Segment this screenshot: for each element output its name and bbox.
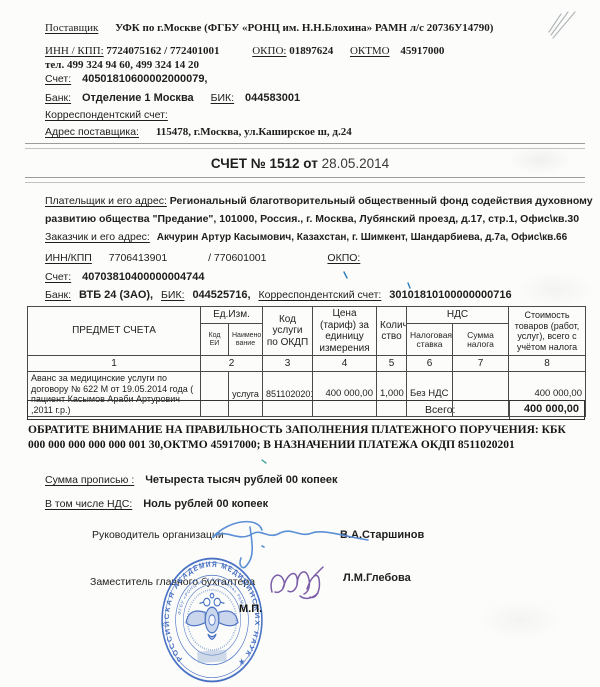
payer-bank-line: Банк: ВТБ 24 (ЗАО), БИК: 044525716, Корр…: [45, 289, 512, 301]
col-header-unit: Ед.Изм.: [201, 307, 263, 324]
supplier-bank-value: Отделение 1 Москва: [82, 92, 194, 104]
divider-rule-bottom: [25, 177, 585, 183]
supplier-inn-label: ИНН / КПП:: [45, 45, 104, 57]
supplier-inn-value: 7724075162 / 772401001: [106, 45, 219, 57]
col-header-vat: НДС: [407, 307, 509, 324]
supplier-label: Поставщик: [45, 22, 98, 34]
pencil-checkmark-icon: [549, 12, 575, 38]
supplier-account-label: Счет:: [45, 73, 71, 85]
column-numbering-row: 1 2 3 4 5 6 7 8: [28, 356, 586, 372]
director-title: Руководитель организации: [92, 529, 224, 541]
stamp-place-label: М.П.: [239, 603, 262, 615]
supplier-address-line: Адрес поставщика: 115478, г.Москва, ул.К…: [45, 126, 352, 138]
payer-account-line: Счет: 40703810400000004744: [45, 271, 204, 283]
stray-pen-marks: [344, 272, 410, 288]
grand-total-label: Всего:: [425, 404, 455, 416]
invoice-title: СЧЕТ № 1512 от 28.05.2014: [0, 156, 600, 171]
amount-in-words-label: Сумма прописью :: [45, 474, 134, 486]
supplier-address-label: Адрес поставщика:: [45, 126, 139, 138]
col-header-qty: Количе ство: [377, 307, 407, 356]
invoice-date: 28.05.2014: [322, 156, 390, 171]
supplier-address-value: 115478, г.Москва, ул.Каширское ш, д.24: [156, 126, 352, 138]
stray-teal-mark: [262, 460, 266, 463]
col-num-3: 3: [263, 356, 313, 372]
director-name: В.А.Старшинов: [340, 529, 424, 541]
col-num-4: 4: [313, 356, 377, 372]
col-num-1: 1: [28, 356, 201, 372]
payer-bank-value: ВТБ 24 (ЗАО),: [79, 289, 153, 301]
payer-corr-label: Корреспондентский счет:: [258, 289, 381, 301]
supplier-bik-label: БИК:: [211, 92, 234, 104]
supplier-value: УФК по г.Москве (ФГБУ «РОНЦ им. Н.Н.Блох…: [115, 22, 493, 34]
supplier-account-value: 40501810600002000079,: [82, 73, 207, 85]
supplier-okpo-label: ОКПО:: [252, 45, 286, 57]
total-row-divider: [509, 401, 510, 419]
col-num-7: 7: [453, 356, 509, 372]
supplier-line: Поставщик УФК по г.Москве (ФГБУ «РОНЦ им…: [45, 22, 493, 34]
vat-in-words-label: В том числе НДС:: [45, 498, 132, 510]
col-num-8: 8: [509, 356, 586, 372]
col-num-6: 6: [407, 356, 453, 372]
payer-corr-value: 30101810100000000716: [389, 289, 511, 301]
payer-account-value: 40703810400000004744: [82, 271, 204, 283]
supplier-inn-line: ИНН / КПП: 7724075162 / 772401001 ОКПО: …: [45, 45, 444, 57]
payer-inn-line: ИНН/КПП 7706413901 / 770601001 ОКПО:: [45, 252, 360, 264]
payer-inn-value: 7706413901: [109, 252, 167, 264]
amount-in-words-value: Четыреста тысяч рублей 00 копеек: [145, 474, 337, 486]
invoice-number: СЧЕТ № 1512 от: [211, 156, 318, 171]
deputy-accountant-name: Л.М.Глебова: [343, 572, 411, 584]
vat-in-words-line: В том числе НДС: Ноль рублей 00 копеек: [45, 498, 268, 510]
customer-label: Заказчик и его адрес:: [45, 231, 150, 243]
payer-bank-label: Банк:: [45, 289, 71, 301]
col-num-5: 5: [377, 356, 407, 372]
payer-account-label: Счет:: [45, 271, 71, 283]
supplier-oktmo-value: 45917000: [400, 45, 444, 57]
col-header-unit-name: Наимено вание: [229, 324, 263, 356]
col-header-subject: ПРЕДМЕТ СЧЕТА: [28, 307, 201, 356]
amount-in-words-line: Сумма прописью : Четыреста тысяч рублей …: [45, 474, 338, 486]
col-header-vat-rate: Налоговая ставка: [407, 324, 453, 356]
official-stamp: РОССИЙСКАЯ АКАДЕМИЯ МЕДИЦИНСКИХ НАУК ★ Ф…: [160, 556, 264, 684]
supplier-oktmo-label: ОКТМО: [350, 45, 390, 57]
supplier-phone: тел. 499 324 94 60, 499 324 14 20: [45, 59, 199, 71]
scanned-invoice-page: { "colors": { "stamp_blue": "#3a66c0", "…: [0, 0, 600, 687]
supplier-okpo-value: 01897624: [289, 45, 333, 57]
grand-total-value: 400 000,00: [524, 403, 579, 415]
supplier-bank-label: Банк:: [45, 92, 71, 104]
supplier-bik-value: 044583001: [245, 92, 300, 104]
col-header-vat-sum: Сумма налога: [453, 324, 509, 356]
divider-rule-top: [25, 143, 585, 149]
payer-label: Плательщик и его адрес:: [45, 195, 167, 207]
payer-inn-label: ИНН/КПП: [45, 252, 92, 264]
col-header-total: Стоимость товаров (работ, услуг), всего …: [509, 307, 586, 356]
col-num-2: 2: [201, 356, 263, 372]
col-header-price: Цена (тариф) за единицу измерения: [313, 307, 377, 356]
deputy-signature: [271, 567, 323, 598]
customer-value: Акчурин Артур Касымович, Казахстан, г. Ш…: [157, 232, 567, 243]
grand-total-row: Всего: 400 000,00: [27, 400, 585, 420]
payer-bik-label: БИК:: [161, 289, 184, 301]
col-header-unit-code: Код ЕИ: [201, 324, 229, 356]
payer-line: Плательщик и его адрес: Региональный бла…: [45, 192, 598, 228]
stamp-ink-smudge: [197, 650, 227, 663]
col-header-okdp: Код услуги по ОКДП: [263, 307, 313, 356]
vat-in-words-value: Ноль рублей 00 копеек: [143, 498, 268, 510]
supplier-corr-label: Корреспондентский счет:: [45, 109, 168, 121]
customer-line: Заказчик и его адрес: Акчурин Артур Касы…: [45, 231, 567, 243]
supplier-account-line: Счет: 40501810600002000079,: [45, 73, 208, 85]
payer-okpo-label: ОКПО:: [327, 252, 360, 264]
supplier-bank-line: Банк: Отделение 1 Москва БИК: 044583001: [45, 92, 300, 104]
payer-kpp-value: / 770601001: [208, 252, 266, 264]
payer-bik-value: 044525716,: [192, 289, 250, 301]
payment-notice: ОБРАТИТЕ ВНИМАНИЕ НА ПРАВИЛЬНОСТЬ ЗАПОЛН…: [28, 423, 585, 452]
